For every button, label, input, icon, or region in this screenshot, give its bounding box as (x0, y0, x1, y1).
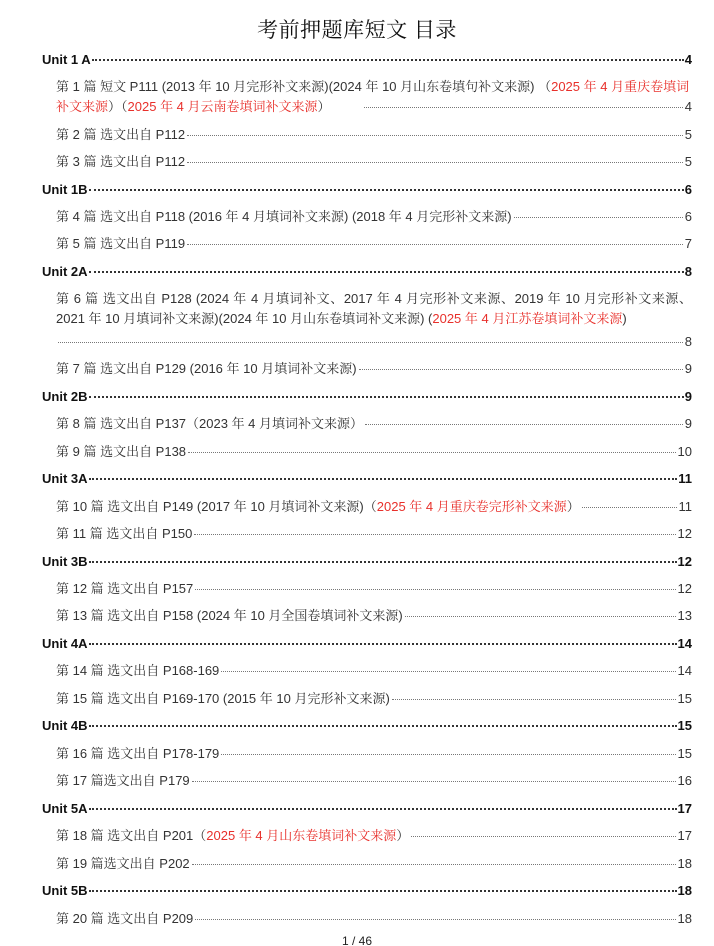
page-number: 14 (678, 634, 692, 654)
dot-leader (359, 368, 683, 370)
dot-leader (187, 134, 683, 136)
entry-text: 第 20 篇 选文出自 P209 (56, 909, 193, 929)
page-number: 12 (678, 552, 692, 572)
page-number: 10 (678, 442, 692, 462)
dot-leader (365, 423, 683, 425)
page-number: 5 (685, 152, 692, 172)
unit-label: Unit 4B (42, 716, 88, 736)
dot-leader (194, 533, 675, 535)
toc-entry-17[interactable]: 第 17 篇选文出自 P17916 (42, 771, 692, 791)
entry-text: 第 5 篇 选文出自 P119 (56, 234, 185, 254)
page-number: 17 (678, 799, 692, 819)
entry-text: 第 10 篇 选文出自 P149 (2017 年 10 月填词补文来源)（ (56, 499, 377, 514)
toc-unit-5b[interactable]: Unit 5B18 (42, 881, 692, 901)
toc-entry-6-leader: 8 (42, 332, 692, 352)
toc-entry-12[interactable]: 第 12 篇 选文出自 P15712 (42, 579, 692, 599)
page-number: 12 (678, 524, 692, 544)
unit-label: Unit 1B (42, 180, 88, 200)
page-number: 15 (678, 744, 692, 764)
entry-text: ） (567, 499, 580, 514)
dot-leader (187, 161, 683, 163)
toc-entry-15[interactable]: 第 15 篇 选文出自 P169-170 (2015 年 10 月完形补文来源)… (42, 689, 692, 709)
entry-text: 第 3 篇 选文出自 P112 (56, 152, 185, 172)
toc-entry-10[interactable]: 第 10 篇 选文出自 P149 (2017 年 10 月填词补文来源)（202… (42, 497, 692, 517)
page-number: 16 (678, 771, 692, 791)
entry-text: 第 4 篇 选文出自 P118 (2016 年 4 月填词补文来源) (2018… (56, 207, 512, 227)
entry-highlight: 2025 年 4 月云南卷填词补文来源 (128, 99, 318, 114)
entry-text: ) (622, 311, 626, 326)
entry-text: 第 13 篇 选文出自 P158 (2024 年 10 月全国卷填词补文来源) (56, 606, 403, 626)
page-indicator: 1 / 46 (0, 934, 714, 946)
toc-unit-4b[interactable]: Unit 4B15 (42, 716, 692, 736)
toc-entry-6[interactable]: 第 6 篇 选文出自 P128 (2024 年 4 月填词补文、2017 年 4… (42, 289, 692, 329)
toc-entry-14[interactable]: 第 14 篇 选文出自 P168-16914 (42, 661, 692, 681)
entry-text: ） (318, 99, 331, 114)
page-number: 9 (685, 387, 692, 407)
dot-leader (89, 188, 684, 191)
toc-unit-1a[interactable]: Unit 1 A4 (42, 50, 692, 70)
dot-leader (514, 216, 683, 218)
dot-leader (89, 889, 677, 892)
page-title: 考前押题库短文 目录 (0, 14, 714, 44)
page-number: 4 (685, 97, 692, 117)
unit-label: Unit 5A (42, 799, 88, 819)
page-number: 8 (685, 262, 692, 282)
toc-entry-7[interactable]: 第 7 篇 选文出自 P129 (2016 年 10 月填词补文来源)9 (42, 359, 692, 379)
toc-unit-4a[interactable]: Unit 4A14 (42, 634, 692, 654)
dot-leader (364, 106, 683, 108)
unit-label: Unit 2A (42, 262, 88, 282)
toc-unit-1b[interactable]: Unit 1B6 (42, 180, 692, 200)
unit-label: Unit 3B (42, 552, 88, 572)
page-number: 4 (685, 50, 692, 70)
dot-leader (89, 477, 678, 480)
unit-label: Unit 3A (42, 469, 88, 489)
page-number: 7 (685, 234, 692, 254)
entry-text: 第 18 篇 选文出自 P201（ (56, 828, 206, 843)
page-number: 17 (678, 826, 692, 846)
dot-leader (411, 835, 675, 837)
entry-text: 第 16 篇 选文出自 P178-179 (56, 744, 219, 764)
page-number: 15 (678, 716, 692, 736)
dot-leader (92, 58, 684, 61)
unit-label: Unit 1 A (42, 50, 91, 70)
entry-text: 第 11 篇 选文出自 P150 (56, 524, 192, 544)
page-number: 15 (678, 689, 692, 709)
unit-label: Unit 4A (42, 634, 88, 654)
page-number: 11 (678, 469, 692, 489)
page-number: 5 (685, 125, 692, 145)
page-number: 11 (679, 497, 693, 517)
unit-label: Unit 2B (42, 387, 88, 407)
page-number: 9 (685, 359, 692, 379)
dot-leader (188, 451, 675, 453)
dot-leader (187, 243, 683, 245)
dot-leader (89, 724, 677, 727)
page-number: 6 (685, 180, 692, 200)
dot-leader (58, 341, 683, 343)
entry-text: 第 18 篇 选文出自 P201（2025 年 4 月山东卷填词补文来源） (56, 826, 409, 846)
page-number: 14 (678, 661, 692, 681)
entry-text: 第 17 篇选文出自 P179 (56, 771, 190, 791)
entry-text: 第 10 篇 选文出自 P149 (2017 年 10 月填词补文来源)（202… (56, 497, 580, 517)
toc-unit-5a[interactable]: Unit 5A17 (42, 799, 692, 819)
toc-entry-9[interactable]: 第 9 篇 选文出自 P13810 (42, 442, 692, 462)
toc-entry-1-leader: 4 (362, 97, 692, 117)
dot-leader (89, 270, 684, 273)
entry-highlight: 2025 年 4 月江苏卷填词补文来源 (432, 311, 622, 326)
toc-entry-5[interactable]: 第 5 篇 选文出自 P1197 (42, 234, 692, 254)
entry-text: 第 15 篇 选文出自 P169-170 (2015 年 10 月完形补文来源) (56, 689, 390, 709)
toc-entry-13[interactable]: 第 13 篇 选文出自 P158 (2024 年 10 月全国卷填词补文来源)1… (42, 606, 692, 626)
dot-leader (392, 698, 676, 700)
page-number: 18 (678, 854, 692, 874)
dot-leader (221, 753, 675, 755)
entry-text: 第 12 篇 选文出自 P157 (56, 579, 193, 599)
toc-entry-2[interactable]: 第 2 篇 选文出自 P1125 (42, 125, 692, 145)
dot-leader (89, 560, 677, 563)
entry-text: 第 1 篇 短文 P111 (2013 年 10 月完形补文来源)(2024 年… (56, 79, 551, 94)
dot-leader (192, 863, 676, 865)
entry-text: 第 14 篇 选文出自 P168-169 (56, 661, 219, 681)
toc-entry-3[interactable]: 第 3 篇 选文出自 P1125 (42, 152, 692, 172)
page-number: 8 (685, 332, 692, 352)
entry-text: ）（ (108, 99, 128, 114)
dot-leader (89, 642, 677, 645)
page-number: 6 (685, 207, 692, 227)
entry-text: 第 7 篇 选文出自 P129 (2016 年 10 月填词补文来源) (56, 359, 357, 379)
entry-text: 第 19 篇选文出自 P202 (56, 854, 190, 874)
unit-label: Unit 5B (42, 881, 88, 901)
dot-leader (195, 588, 675, 590)
toc-entry-20[interactable]: 第 20 篇 选文出自 P20918 (42, 909, 692, 929)
dot-leader (89, 395, 684, 398)
toc-unit-2a[interactable]: Unit 2A8 (42, 262, 692, 282)
toc-unit-2b[interactable]: Unit 2B9 (42, 387, 692, 407)
entry-text: ） (396, 828, 409, 843)
dot-leader (582, 506, 677, 508)
page-number: 18 (678, 881, 692, 901)
page-number: 13 (678, 606, 692, 626)
entry-highlight: 2025 年 4 月重庆卷完形补文来源 (377, 499, 567, 514)
dot-leader (221, 670, 675, 672)
toc-unit-3a[interactable]: Unit 3A11 (42, 469, 692, 489)
toc-entry-4[interactable]: 第 4 篇 选文出自 P118 (2016 年 4 月填词补文来源) (2018… (42, 207, 692, 227)
toc-entry-16[interactable]: 第 16 篇 选文出自 P178-17915 (42, 744, 692, 764)
dot-leader (195, 918, 675, 920)
toc-entry-18[interactable]: 第 18 篇 选文出自 P201（2025 年 4 月山东卷填词补文来源）17 (42, 826, 692, 846)
dot-leader (192, 780, 676, 782)
toc-unit-3b[interactable]: Unit 3B12 (42, 552, 692, 572)
dot-leader (405, 615, 676, 617)
dot-leader (89, 807, 677, 810)
page-number: 12 (678, 579, 692, 599)
toc-entry-19[interactable]: 第 19 篇选文出自 P20218 (42, 854, 692, 874)
page-number: 18 (678, 909, 692, 929)
entry-text: 第 8 篇 选文出自 P137（2023 年 4 月填词补文来源） (56, 414, 363, 434)
entry-text: 第 2 篇 选文出自 P112 (56, 125, 185, 145)
entry-text: 第 9 篇 选文出自 P138 (56, 442, 186, 462)
page-number: 9 (685, 414, 692, 434)
entry-highlight: 2025 年 4 月山东卷填词补文来源 (206, 828, 396, 843)
toc-entry-11[interactable]: 第 11 篇 选文出自 P15012 (42, 524, 692, 544)
toc-entry-8[interactable]: 第 8 篇 选文出自 P137（2023 年 4 月填词补文来源）9 (42, 414, 692, 434)
